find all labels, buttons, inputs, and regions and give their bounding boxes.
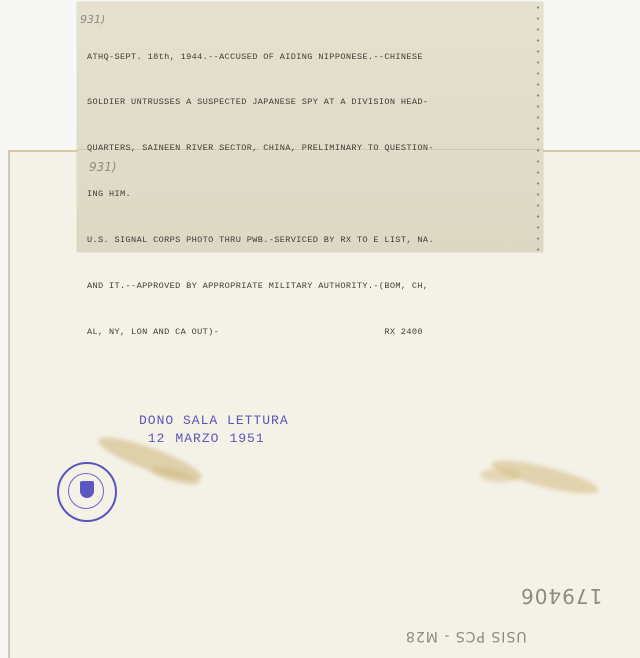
caption-line: QUARTERS, SAINEEN RIVER SECTOR, CHINA, P… [87, 141, 527, 156]
stamp-line-1: DONO SALA LETTURA [139, 412, 289, 430]
stamp-day: 12 [148, 431, 166, 446]
caption-line: ATHQ-SEPT. 18th, 1944.--ACCUSED OF AIDIN… [87, 50, 527, 65]
seal-stamp [57, 462, 117, 522]
stamp-year: 1951 [229, 431, 264, 446]
caption-line: SOLDIER UNTRUSSES A SUSPECTED JAPANESE S… [87, 95, 527, 110]
library-stamp: DONO SALA LETTURA 12MARZO1951 [139, 412, 289, 448]
stain [480, 468, 520, 482]
shield-icon [80, 481, 94, 498]
caption-line: AL, NY, LON AND CA OUT)- RX 2400 [87, 325, 527, 340]
inventory-number: 179406 [520, 584, 602, 608]
caption-slip: 931) 931) ATHQ-SEPT. 18th, 1944.--ACCUSE… [77, 2, 543, 252]
caption-line: U.S. SIGNAL CORPS PHOTO THRU PWB.-SERVIC… [87, 233, 527, 248]
source-note: USIS PCS - M28 [405, 628, 527, 644]
caption-line: AND IT.--APPROVED BY APPROPRIATE MILITAR… [87, 279, 527, 294]
stamp-date: 12MARZO1951 [139, 430, 289, 448]
stamp-month: MARZO [175, 431, 219, 446]
torn-edge [535, 2, 543, 252]
caption-line: ING HIM. [87, 187, 527, 202]
caption-text: ATHQ-SEPT. 18th, 1944.--ACCUSED OF AIDIN… [87, 19, 527, 371]
